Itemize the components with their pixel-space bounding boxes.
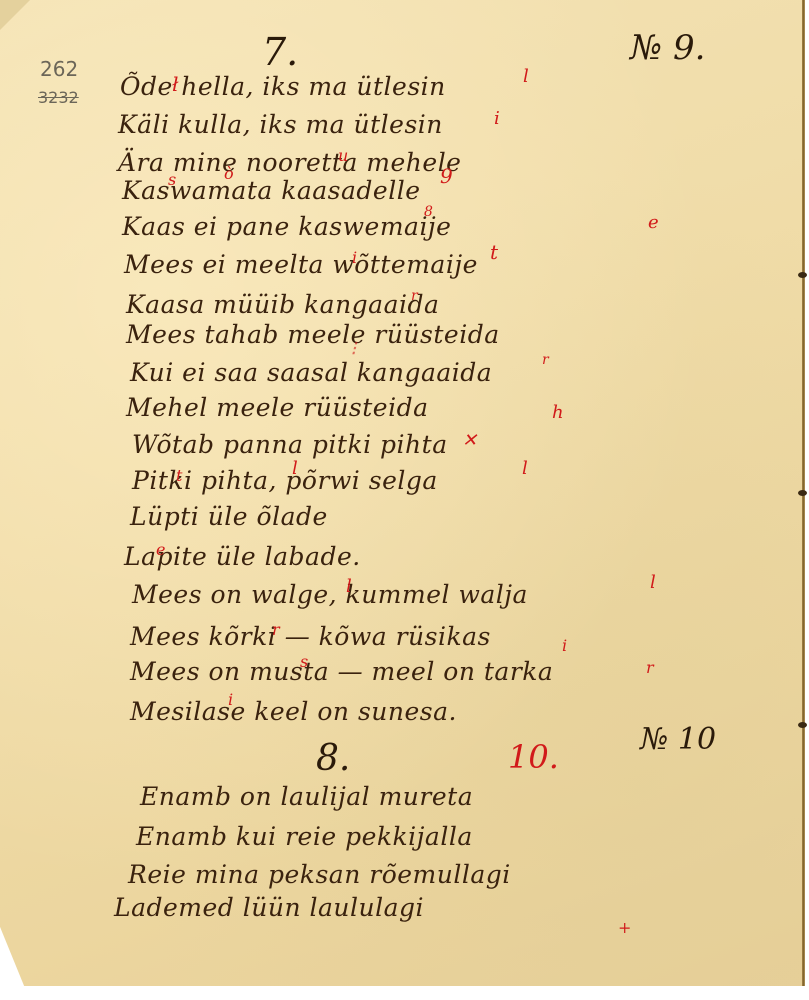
correction-mark: l <box>292 458 298 479</box>
correction-mark: e <box>648 212 659 233</box>
catalog-number-9: № 9. <box>630 28 705 68</box>
folded-corner <box>0 0 30 30</box>
correction-mark: i <box>494 108 500 129</box>
binding-hole <box>798 272 807 278</box>
correction-mark: s <box>168 170 176 189</box>
song-line: Mees on walge, kummel walja <box>132 580 528 609</box>
section-number-7: 7. <box>262 30 298 74</box>
correction-mark: i <box>228 690 233 709</box>
correction-mark: + <box>618 918 631 937</box>
archive-number-struck: 3232 <box>38 88 79 107</box>
song-line: Kaswamata kaasadelle <box>122 176 421 205</box>
correction-mark: r <box>542 352 549 368</box>
song-line: Enamb on laulijal mureta <box>140 782 473 811</box>
catalog-number-10: № 10 <box>640 722 716 757</box>
correction-mark: r <box>411 288 418 304</box>
correction-mark: l <box>522 458 528 479</box>
correction-mark: r <box>272 620 280 639</box>
correction-mark: t <box>176 466 182 485</box>
song-line: Mees kõrki — kõwa rüsikas <box>130 622 491 651</box>
song-line: Mehel meele rüüsteida <box>126 393 429 422</box>
correction-mark: l <box>523 66 529 87</box>
red-number-10: 10. <box>508 738 559 776</box>
correction-mark: ⁝ <box>350 336 356 360</box>
correction-mark: r <box>646 658 654 677</box>
archive-number: 262 <box>40 57 78 81</box>
correction-mark: e <box>156 540 165 559</box>
binding-hole <box>798 722 807 728</box>
song-line: Reie mina peksan rõemullagi <box>128 860 511 889</box>
song-line: Enamb kui reie pekkijalla <box>136 822 473 851</box>
song-line: Wõtab panna pitki pihta <box>132 430 448 459</box>
correction-mark: 9 <box>440 164 453 188</box>
correction-mark: ò <box>224 164 234 183</box>
correction-mark: i <box>352 248 357 267</box>
song-line: Kaas ei pane kaswemaije <box>122 212 451 241</box>
manuscript-page: 262 3232 7. № 9. Õde hella, iks ma ütles… <box>0 0 804 986</box>
song-line: Kaasa müüib kangaaida <box>126 290 439 319</box>
song-line: Mees on musta — meel on tarka <box>130 657 553 686</box>
song-line: Mees tahab meele rüüsteida <box>126 320 500 349</box>
correction-mark: h <box>552 402 564 423</box>
song-line: Lademed lüün laululagi <box>114 893 424 922</box>
section-number-8: 8. <box>316 738 350 779</box>
correction-mark: s <box>300 652 308 671</box>
song-line: Õde hella, iks ma ütlesin <box>120 72 446 101</box>
song-line: Mesilase keel on sunesa. <box>130 697 457 726</box>
correction-mark: ł <box>172 72 178 96</box>
correction-mark: l <box>650 572 656 593</box>
correction-mark: ✕ <box>462 430 477 451</box>
binding-hole <box>798 490 807 496</box>
correction-mark: t <box>490 240 498 264</box>
correction-mark: 8 <box>424 204 433 220</box>
song-line: Lüpti üle õlade <box>130 502 328 531</box>
correction-mark: u <box>338 146 348 165</box>
song-line: Käli kulla, iks ma ütlesin <box>118 110 443 139</box>
song-line: Mees ei meelta wõttemaije <box>124 250 478 279</box>
correction-mark: i <box>562 636 567 655</box>
correction-mark: l <box>346 576 352 597</box>
song-line: Kui ei saa saasal kangaaida <box>130 358 492 387</box>
